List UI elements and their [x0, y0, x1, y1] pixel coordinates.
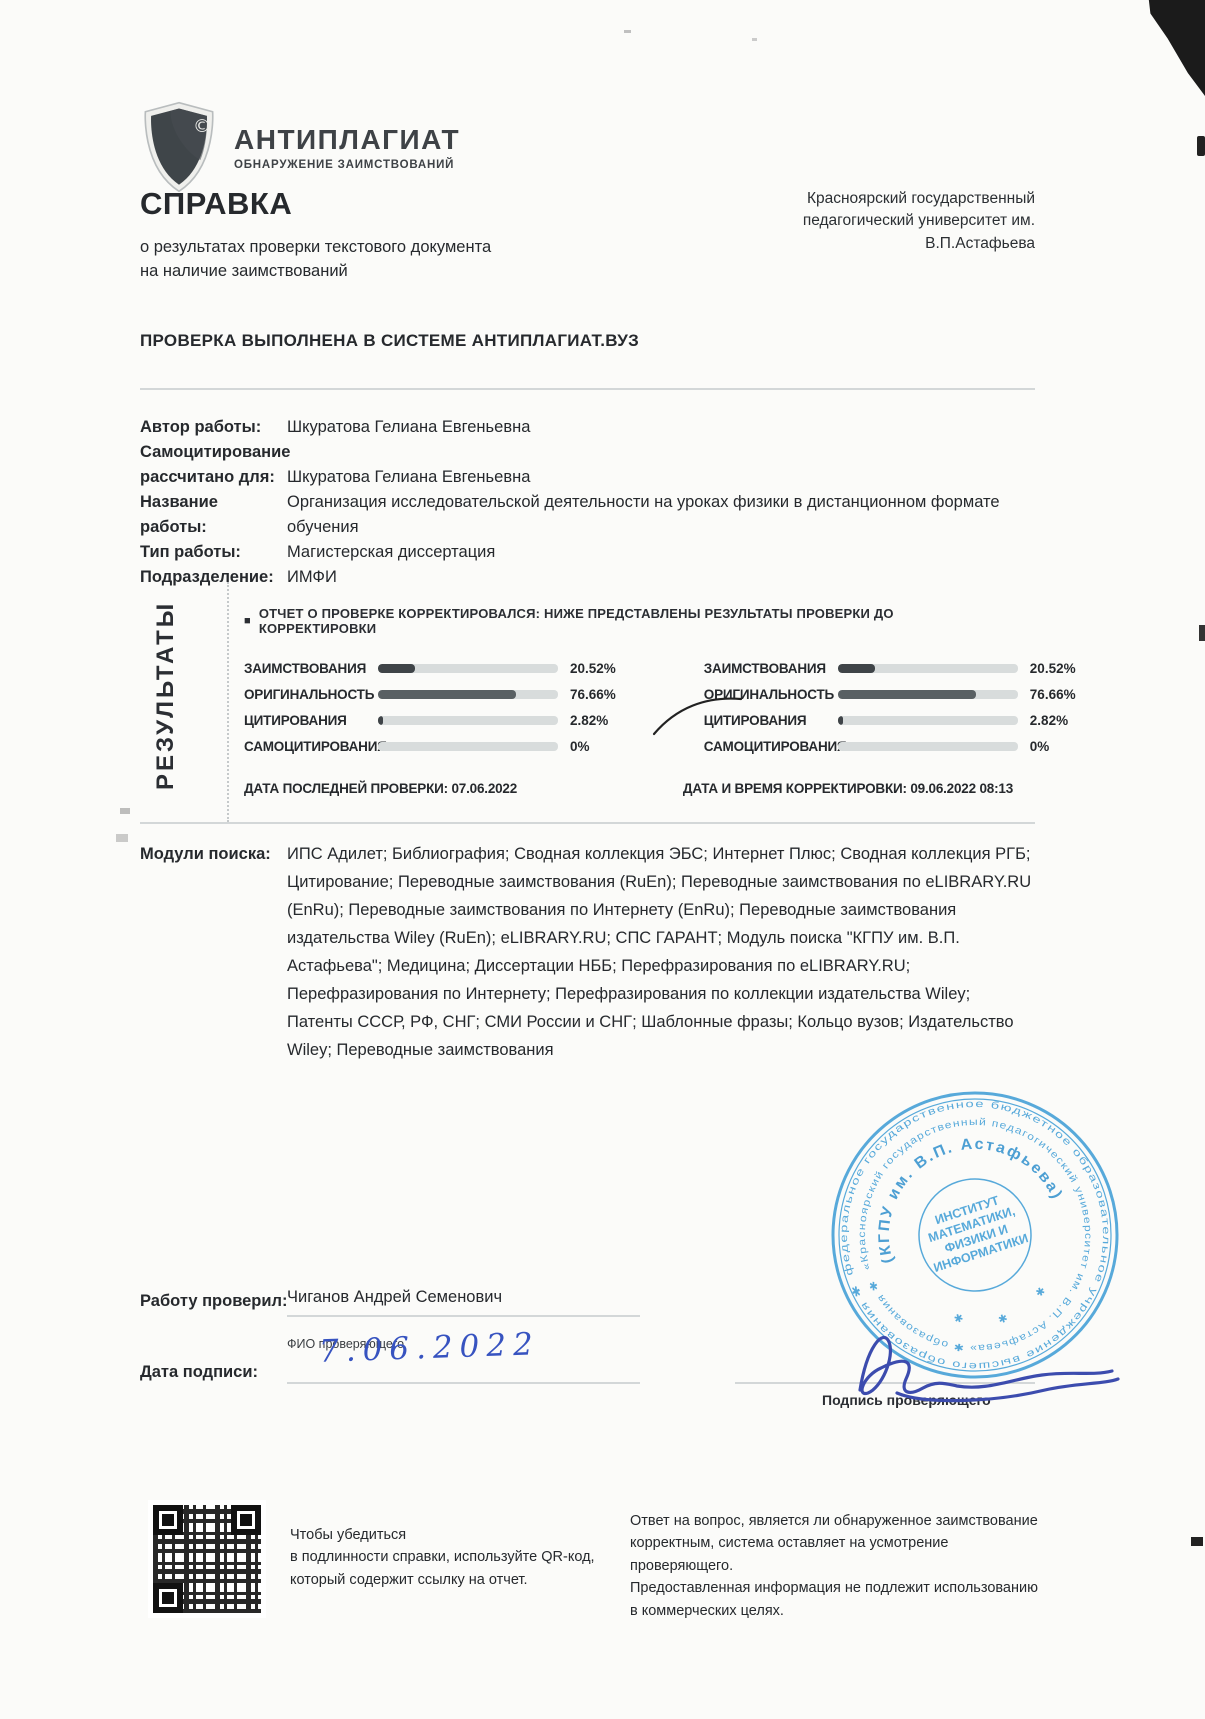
metric-bar-fill [378, 716, 383, 725]
metrics-after: ЗАИМСТВОВАНИЯ 20.52% ОРИГИНАЛЬНОСТЬ 76.6… [704, 655, 1076, 759]
info-label: Тип работы: [140, 540, 287, 565]
metric-row: САМОЦИТИРОВАНИЯ 0% [244, 733, 616, 759]
scan-artifact [1127, 0, 1205, 96]
metric-value: 0% [558, 739, 616, 754]
metric-bar [378, 690, 558, 699]
qr-code [148, 1500, 266, 1618]
antiplagiat-logo: © АНТИПЛАГИАТ ОБНАРУЖЕНИЕ ЗАИМСТВОВАНИЙ [138, 100, 460, 194]
last-check-date: ДАТА ПОСЛЕДНЕЙ ПРОВЕРКИ: 07.06.2022 [244, 781, 517, 796]
results-section: ■ ОТЧЕТ О ПРОВЕРКЕ КОРРЕКТИРОВАЛСЯ: НИЖЕ… [227, 582, 1035, 822]
qr-finder-icon [153, 1583, 183, 1613]
metric-bar [378, 664, 558, 673]
scan-artifact [116, 834, 128, 842]
metric-row: ОРИГИНАЛЬНОСТЬ 76.66% [244, 681, 616, 707]
correction-notice: ■ ОТЧЕТ О ПРОВЕРКЕ КОРРЕКТИРОВАЛСЯ: НИЖЕ… [244, 606, 1013, 636]
info-value: Организация исследовательской деятельнос… [287, 490, 1035, 540]
metric-value: 0% [1018, 739, 1076, 754]
qr-finder-icon [231, 1505, 261, 1535]
scan-artifact [624, 30, 631, 33]
pen-mark [648, 688, 748, 743]
search-modules-label: Модули поиска: [140, 840, 287, 1064]
info-label: Название работы: [140, 490, 287, 540]
info-row-title: Название работы: Организация исследовате… [140, 490, 1035, 540]
info-row-selfcite: Самоцитирование рассчитано для: Шкуратов… [140, 440, 1035, 490]
metric-value: 20.52% [558, 661, 616, 676]
metric-row: ЗАИМСТВОВАНИЯ 20.52% [244, 655, 616, 681]
metric-label: ЗАИМСТВОВАНИЯ [704, 661, 838, 676]
sign-date-line: 7.06.2022 [287, 1336, 640, 1384]
university-name: Красноярский государственный педагогичес… [735, 188, 1035, 255]
reviewer-signature [805, 1292, 1135, 1422]
metric-bar-fill [838, 664, 875, 673]
metric-row: ЦИТИРОВАНИЯ 2.82% [704, 707, 1076, 733]
metric-bar-fill [838, 690, 976, 699]
info-row-author: Автор работы: Шкуратова Гелиана Евгеньев… [140, 415, 1035, 440]
metric-value: 20.52% [1018, 661, 1076, 676]
metric-bar [378, 742, 558, 751]
metric-bar [378, 716, 558, 725]
info-value: Шкуратова Гелиана Евгеньевна [287, 415, 1035, 440]
checked-by-label: Работу проверил: [140, 1292, 288, 1311]
metric-label: ЦИТИРОВАНИЯ [244, 713, 378, 728]
qr-caption: Чтобы убедиться в подлинности справки, и… [290, 1524, 630, 1591]
results-sidebar-label: РЕЗУЛЬТАТЫ [152, 590, 180, 790]
metric-row: САМОЦИТИРОВАНИЯ 0% [704, 733, 1076, 759]
scan-artifact [1197, 136, 1205, 156]
divider [140, 388, 1035, 390]
scan-artifact [752, 38, 757, 41]
metric-value: 2.82% [558, 713, 616, 728]
certificate-page: © АНТИПЛАГИАТ ОБНАРУЖЕНИЕ ЗАИМСТВОВАНИЙ … [0, 0, 1205, 1719]
metric-bar [838, 664, 1018, 673]
dates-row: ДАТА ПОСЛЕДНЕЙ ПРОВЕРКИ: 07.06.2022 ДАТА… [244, 781, 1013, 796]
document-info: Автор работы: Шкуратова Гелиана Евгеньев… [140, 415, 1035, 590]
system-check-heading: ПРОВЕРКА ВЫПОЛНЕНА В СИСТЕМЕ АНТИПЛАГИАТ… [140, 331, 639, 351]
search-modules-text: ИПС Адилет; Библиография; Сводная коллек… [287, 840, 1037, 1064]
metrics-before: ЗАИМСТВОВАНИЯ 20.52% ОРИГИНАЛЬНОСТЬ 76.6… [244, 655, 616, 759]
square-bullet-icon: ■ [244, 616, 251, 627]
metric-value: 2.82% [1018, 713, 1076, 728]
info-label: Самоцитирование рассчитано для: [140, 440, 287, 490]
metric-row: ОРИГИНАЛЬНОСТЬ 76.66% [704, 681, 1076, 707]
correction-notice-text: ОТЧЕТ О ПРОВЕРКЕ КОРРЕКТИРОВАЛСЯ: НИЖЕ П… [259, 606, 1013, 636]
metric-value: 76.66% [1018, 687, 1076, 702]
divider [140, 822, 1035, 824]
metric-row: ЦИТИРОВАНИЯ 2.82% [244, 707, 616, 733]
metrics: ЗАИМСТВОВАНИЯ 20.52% ОРИГИНАЛЬНОСТЬ 76.6… [244, 655, 1013, 759]
page-subtitle: о результатах проверки текстового докуме… [140, 236, 491, 284]
metric-label: ОРИГИНАЛЬНОСТЬ [244, 687, 378, 702]
info-label: Автор работы: [140, 415, 287, 440]
metric-bar [838, 742, 1018, 751]
copyright-icon: © [193, 116, 211, 137]
qr-pattern [153, 1505, 261, 1613]
qr-finder-icon [153, 1505, 183, 1535]
scan-artifact [1199, 625, 1205, 641]
info-value: Шкуратова Гелиана Евгеньевна [287, 465, 1035, 490]
correction-datetime: ДАТА И ВРЕМЯ КОРРЕКТИРОВКИ: 09.06.2022 0… [683, 781, 1013, 796]
scan-artifact [120, 808, 130, 814]
metric-row: ЗАИМСТВОВАНИЯ 20.52% [704, 655, 1076, 681]
page-title: СПРАВКА [140, 186, 292, 222]
info-value: Магистерская диссертация [287, 540, 1035, 565]
info-row-worktype: Тип работы: Магистерская диссертация [140, 540, 1035, 565]
sign-date-label: Дата подписи: [140, 1363, 258, 1382]
shield-logo-icon: © [138, 100, 220, 194]
logo-subtitle: ОБНАРУЖЕНИЕ ЗАИМСТВОВАНИЙ [234, 159, 460, 171]
scan-artifact [1191, 1537, 1203, 1546]
checked-by-name: Чиганов Андрей Семенович [287, 1288, 640, 1317]
metric-bar-fill [838, 716, 843, 725]
handwritten-date: 7.06.2022 [318, 1326, 540, 1370]
metric-label: САМОЦИТИРОВАНИЯ [244, 739, 378, 754]
disclaimer-text: Ответ на вопрос, является ли обнаруженно… [630, 1510, 1045, 1622]
search-modules: Модули поиска: ИПС Адилет; Библиография;… [140, 840, 1037, 1064]
metric-bar [838, 716, 1018, 725]
metric-bar-fill [378, 664, 415, 673]
metric-value: 76.66% [558, 687, 616, 702]
metric-bar [838, 690, 1018, 699]
logo-title: АНТИПЛАГИАТ [234, 124, 460, 156]
metric-label: ЗАИМСТВОВАНИЯ [244, 661, 378, 676]
metric-bar-fill [378, 690, 516, 699]
